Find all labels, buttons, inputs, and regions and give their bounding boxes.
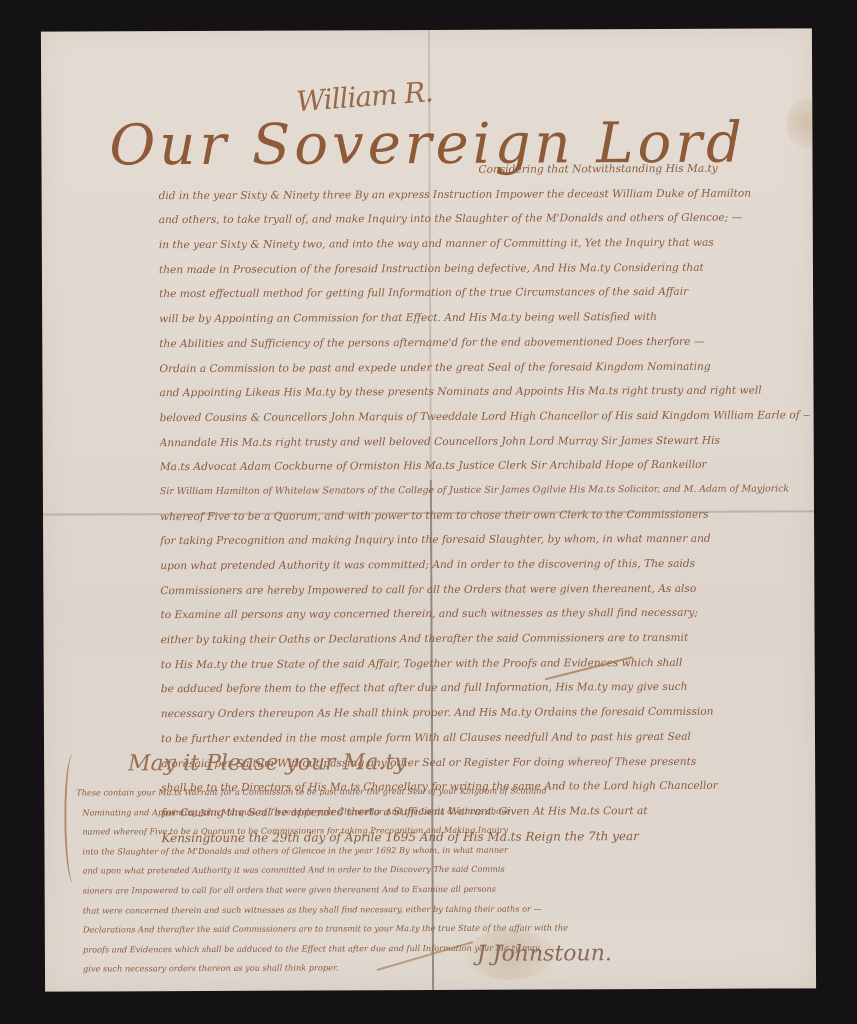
- body-line: to be further extended in the most ample…: [161, 724, 811, 752]
- body-line: beloved Cousins & Councellors John Marqu…: [160, 403, 810, 431]
- body-line: to Examine all persons any way concerned…: [160, 601, 810, 629]
- secretary-signature: J Johnstoun.: [477, 941, 612, 967]
- body-line: for taking Precognition and making Inqui…: [160, 527, 810, 555]
- body-line: Ma.ts Advocat Adam Cockburne of Ormiston…: [160, 453, 810, 481]
- body-line: upon what pretended Authority it was com…: [160, 551, 810, 579]
- body-line: whereof Five to be a Quorum, and with po…: [160, 502, 810, 530]
- petition-line: into the Slaughter of the M'Donalds and …: [76, 840, 616, 862]
- body-line: then made in Prosecution of the foresaid…: [159, 255, 809, 283]
- petition-heading: May it Please your Ma.ty: [128, 750, 407, 776]
- petition-line: Declarations And therafter the said Comm…: [77, 918, 617, 940]
- body-line: be adduced before them to the effect tha…: [161, 675, 811, 703]
- body-line: and others, to take tryall of, and make …: [159, 206, 809, 234]
- body-line: did in the year Sixty & Ninety three By …: [159, 181, 809, 209]
- body-line: Annandale His Ma.ts right trusty and wel…: [160, 428, 810, 456]
- body-line: Considering that Notwithstanding His Ma.…: [478, 156, 808, 182]
- petition-line: that were concerned therein and such wit…: [77, 899, 617, 921]
- body-line: Commissioners are hereby Impowered to ca…: [160, 576, 810, 604]
- body-line: Ordain a Commission to be past and exped…: [159, 354, 809, 382]
- petition-line: These contain your Ma.ts Warrant for a C…: [76, 781, 616, 803]
- viewer-background: William R. Our Sovereign Lord Considerin…: [0, 0, 857, 1024]
- body-line: in the year Sixty & Ninety two, and into…: [159, 230, 809, 258]
- petition-line: sioners are Impowered to call for all or…: [77, 879, 617, 901]
- petition-line: and upon what pretended Authority it was…: [77, 860, 617, 882]
- petition-line: Nominating and Appointing John Marquis o…: [76, 801, 616, 823]
- petition-line: named whereof Five to be a Quorum to be …: [76, 820, 616, 842]
- body-line: and Appointing Likeas His Ma.ty by these…: [159, 379, 809, 407]
- warrant-body: Considering that Notwithstanding His Ma.…: [158, 156, 811, 850]
- body-line: to His Ma.ty the true State of the said …: [161, 650, 811, 678]
- body-line: the most effectuall method for getting f…: [159, 280, 809, 308]
- manuscript-page: William R. Our Sovereign Lord Considerin…: [41, 28, 816, 991]
- body-line: will be by Appointing an Commission for …: [159, 304, 809, 332]
- body-line: Sir William Hamilton of Whitelaw Senator…: [160, 477, 810, 505]
- body-line: either by taking their Oaths or Declarat…: [161, 625, 811, 653]
- body-line: necessary Orders thereupon As He shall t…: [161, 699, 811, 727]
- body-line: the Abilities and Sufficiency of the per…: [159, 329, 809, 357]
- paper-stain: [786, 98, 816, 148]
